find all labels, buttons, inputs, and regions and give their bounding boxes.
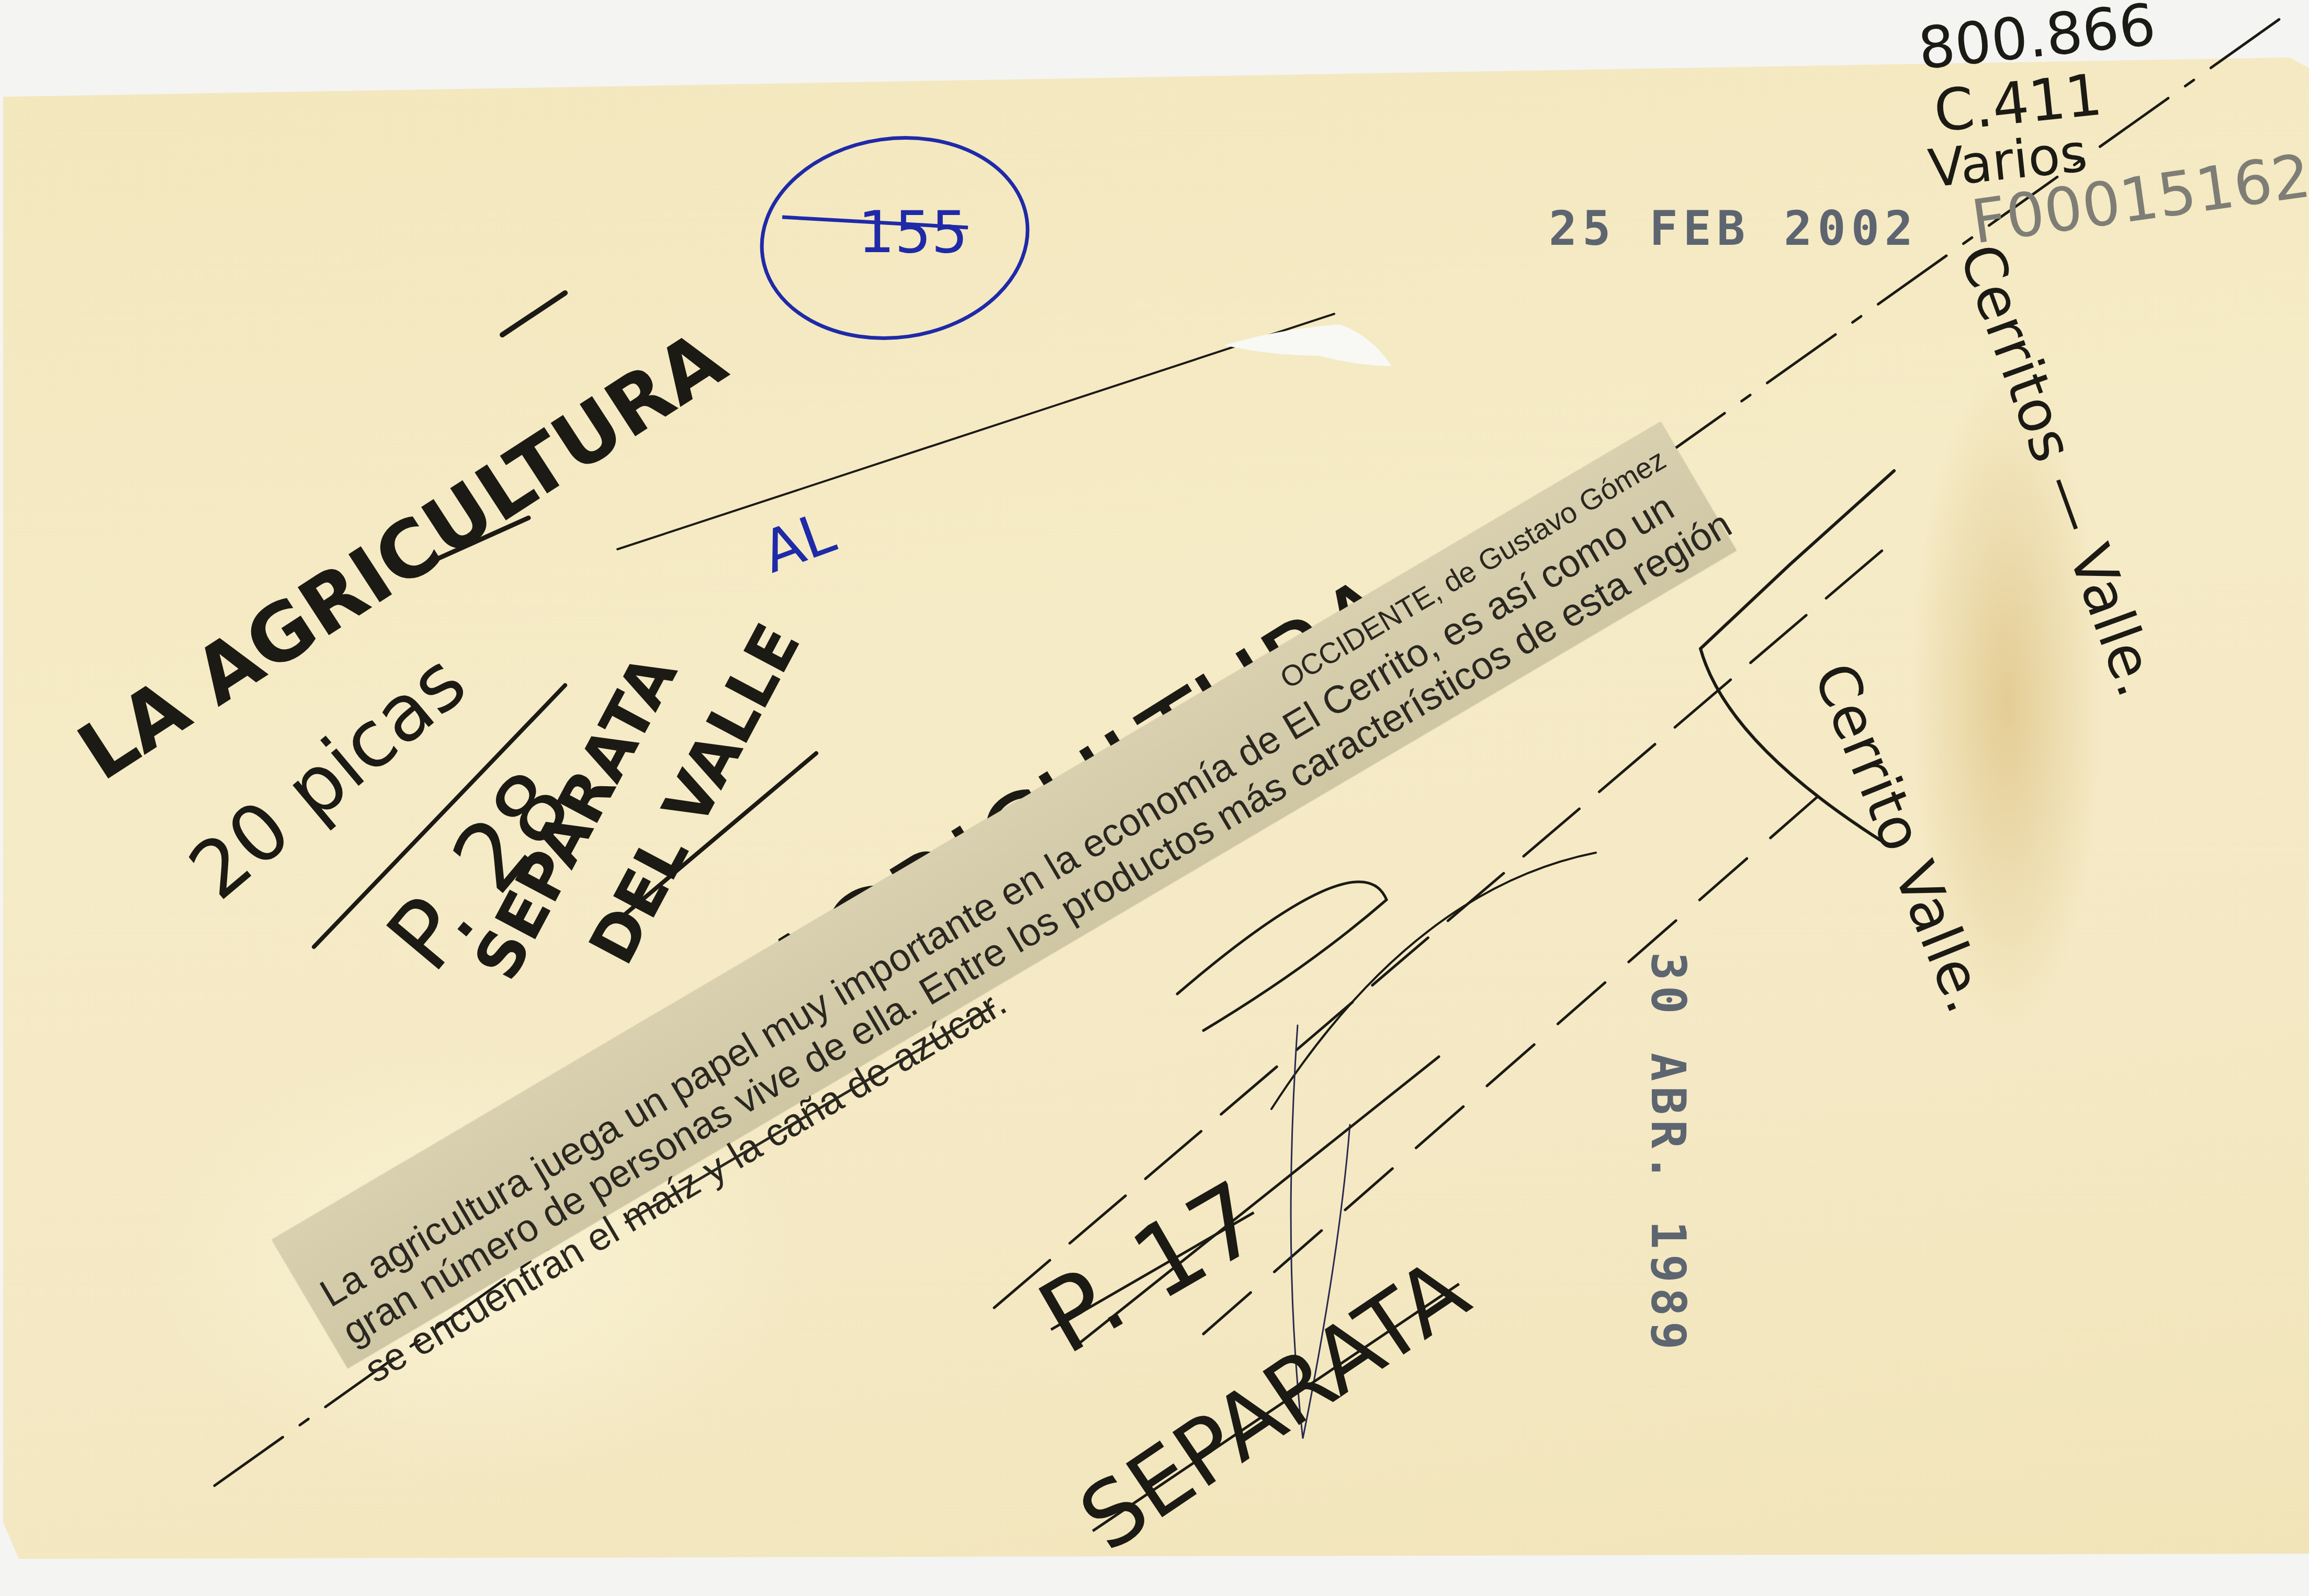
blue-circled-number: 155 [858,199,968,266]
archive-date-stamp: 30 ABR. 1989 [1640,952,1695,1355]
received-date-stamp: 25 FEB 2002 [1549,201,1918,256]
